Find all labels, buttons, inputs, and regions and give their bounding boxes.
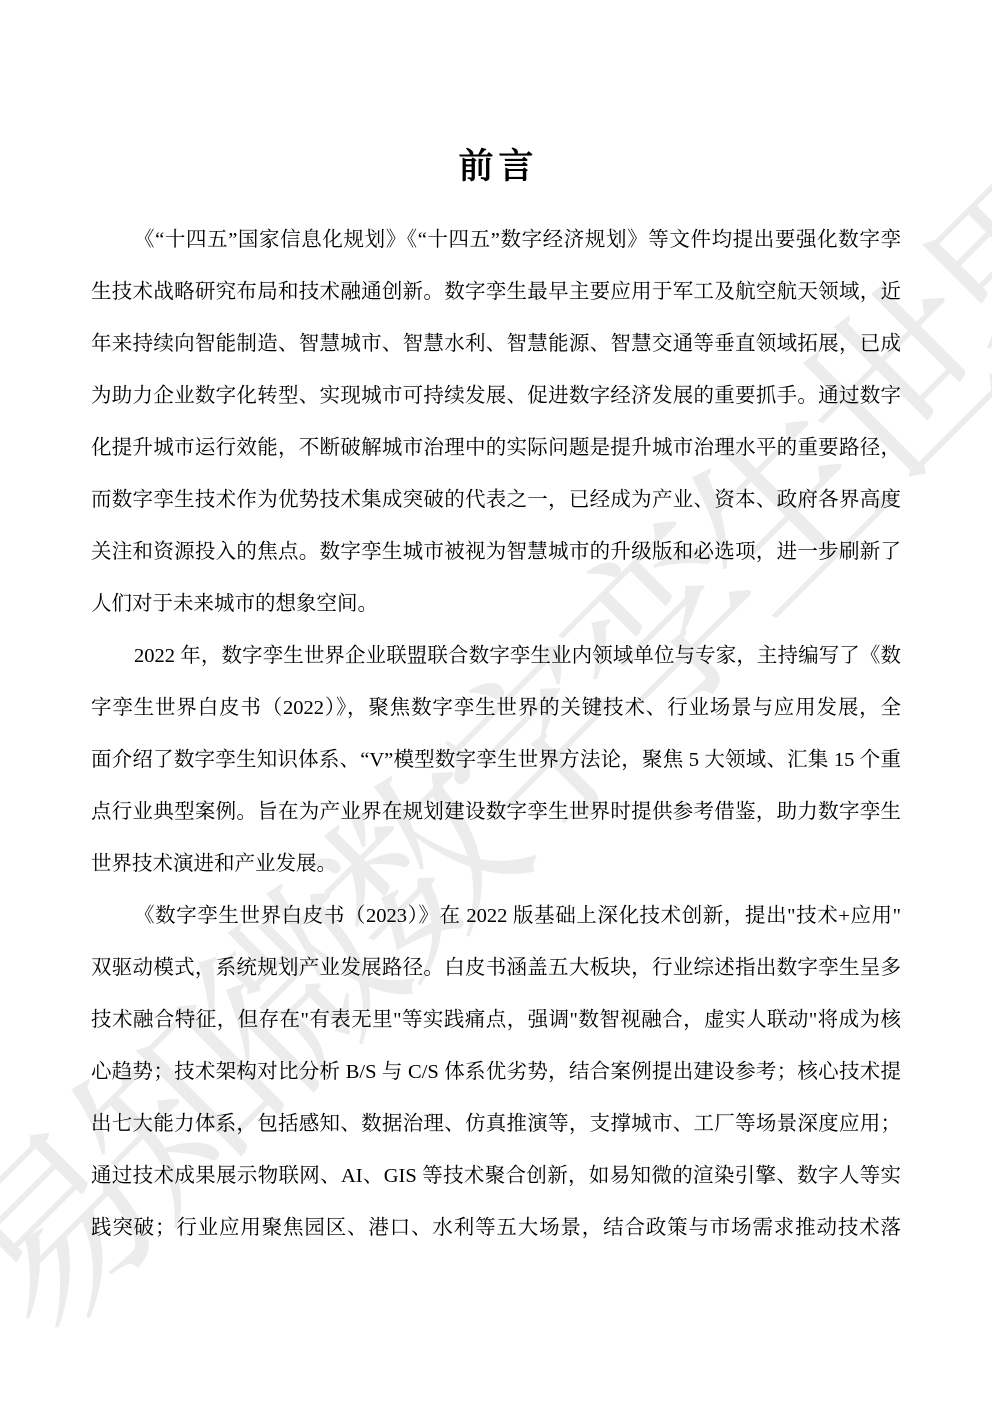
text-line: 字孪生世界白皮书（2022）》，聚焦数字孪生世界的关键技术、行业场景与应用发展，… bbox=[91, 682, 901, 734]
text-line: 《“十四五”国家信息化规划》《“十四五”数字经济规划》等文件均提出要强化数字孪 bbox=[91, 214, 901, 266]
text-line: 《数字孪生世界白皮书（2023）》在 2022 版基础上深化技术创新，提出"技术… bbox=[91, 890, 901, 942]
text-line: 面介绍了数字孪生知识体系、“V”模型数字孪生世界方法论，聚焦 5 大领域、汇集 … bbox=[91, 734, 901, 786]
text-line: 出七大能力体系，包括感知、数据治理、仿真推演等，支撑城市、工厂等场景深度应用； bbox=[91, 1098, 901, 1150]
text-line: 生技术战略研究布局和技术融通创新。数字孪生最早主要应用于军工及航空航天领域，近 bbox=[91, 266, 901, 318]
text-line: 关注和资源投入的焦点。数字孪生城市被视为智慧城市的升级版和必选项，进一步刷新了 bbox=[91, 526, 901, 578]
text-line: 为助力企业数字化转型、实现城市可持续发展、促进数字经济发展的重要抓手。通过数字 bbox=[91, 370, 901, 422]
text-line: 践突破；行业应用聚焦园区、港口、水利等五大场景，结合政策与市场需求推动技术落地。 bbox=[91, 1202, 901, 1254]
text-line: 世界技术演进和产业发展。 bbox=[91, 838, 901, 890]
text-line: 技术融合特征，但存在"有表无里"等实践痛点，强调"数智视融合，虚实人联动"将成为… bbox=[91, 994, 901, 1046]
text-line: 心趋势；技术架构对比分析 B/S 与 C/S 体系优劣势，结合案例提出建设参考；… bbox=[91, 1046, 901, 1098]
text-line: 年来持续向智能制造、智慧城市、智慧水利、智慧能源、智慧交通等垂直领域拓展，已成 bbox=[91, 318, 901, 370]
text-line: 人们对于未来城市的想象空间。 bbox=[91, 578, 901, 630]
document-body: 《“十四五”国家信息化规划》《“十四五”数字经济规划》等文件均提出要强化数字孪生… bbox=[0, 214, 992, 1254]
page-title: 前言 bbox=[0, 0, 992, 188]
page-content: 前言 《“十四五”国家信息化规划》《“十四五”数字经济规划》等文件均提出要强化数… bbox=[0, 0, 992, 1254]
document-page: 易知微数字孪生世界 前言 《“十四五”国家信息化规划》《“十四五”数字经济规划》… bbox=[0, 0, 992, 1403]
text-line: 通过技术成果展示物联网、AI、GIS 等技术聚合创新，如易知微的渲染引擎、数字人… bbox=[91, 1150, 901, 1202]
text-line: 点行业典型案例。旨在为产业界在规划建设数字孪生世界时提供参考借鉴，助力数字孪生 bbox=[91, 786, 901, 838]
text-line: 2022 年，数字孪生世界企业联盟联合数字孪生业内领域单位与专家，主持编写了《数 bbox=[91, 630, 901, 682]
text-line: 而数字孪生技术作为优势技术集成突破的代表之一，已经成为产业、资本、政府各界高度 bbox=[91, 474, 901, 526]
text-line: 化提升城市运行效能，不断破解城市治理中的实际问题是提升城市治理水平的重要路径， bbox=[91, 422, 901, 474]
text-line: 双驱动模式，系统规划产业发展路径。白皮书涵盖五大板块，行业综述指出数字孪生呈多 bbox=[91, 942, 901, 994]
